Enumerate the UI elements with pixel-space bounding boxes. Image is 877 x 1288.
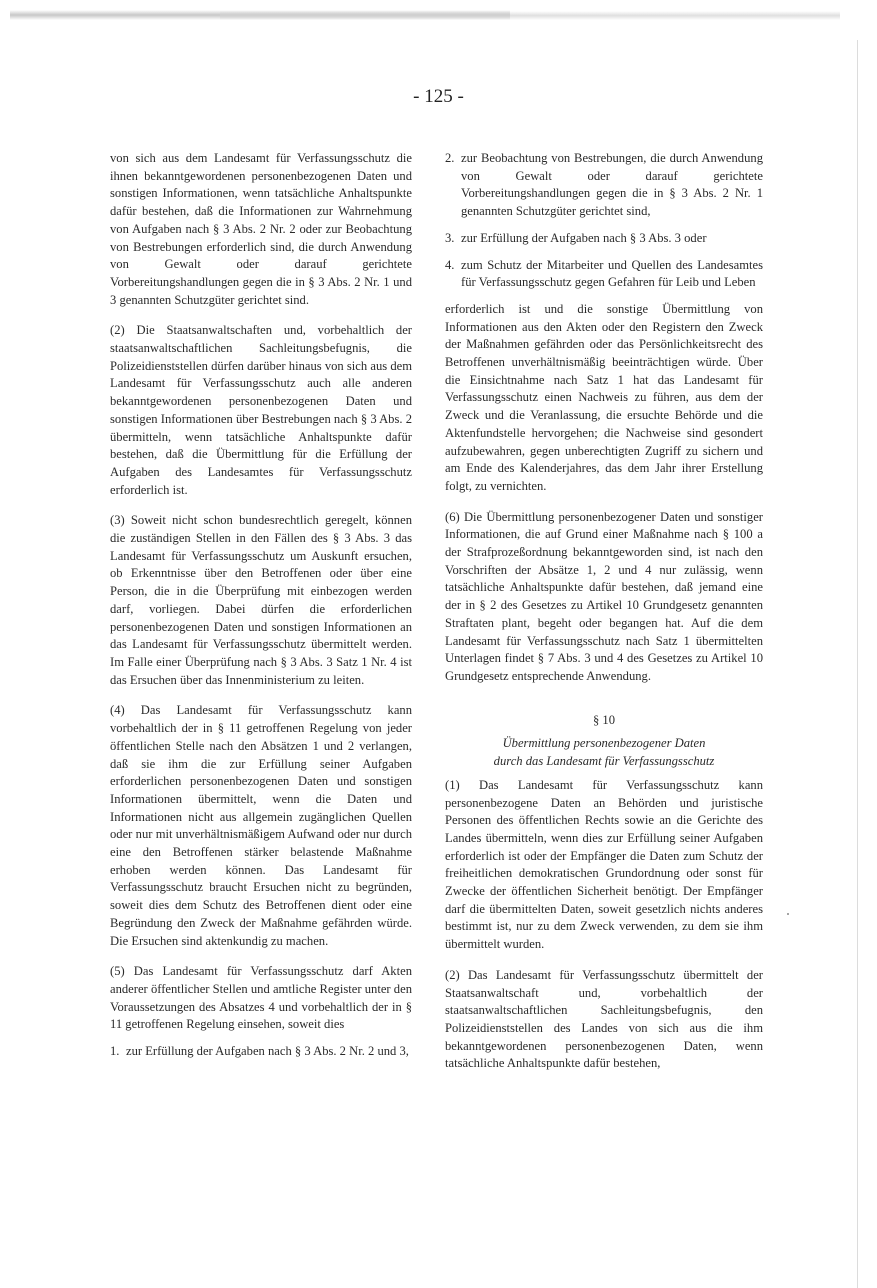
list-item: 1. zur Erfüllung der Aufgaben nach § 3 A…	[110, 1043, 412, 1061]
section-10-paragraph-2: (2) Das Landesamt für Verfassungsschutz …	[445, 967, 763, 1073]
section-number: § 10	[445, 712, 763, 730]
page-number: - 125 -	[0, 86, 877, 108]
list-item: 3. zur Erfüllung der Aufgaben nach § 3 A…	[445, 230, 763, 248]
list-item: 4. zum Schutz der Mitarbeiter und Quelle…	[445, 257, 763, 292]
list-item: 2. zur Beobachtung von Bestrebungen, die…	[445, 150, 763, 221]
list-number: 3.	[445, 230, 461, 248]
left-column: von sich aus dem Landesamt für Verfassun…	[110, 150, 412, 1070]
list-number: 2.	[445, 150, 461, 221]
margin-mark	[787, 913, 789, 915]
list-text: zur Erfüllung der Aufgaben nach § 3 Abs.…	[461, 230, 763, 248]
list-number: 1.	[110, 1043, 126, 1061]
paragraph-3: (3) Soweit nicht schon bundesrechtlich g…	[110, 512, 412, 689]
page-edge-line	[857, 40, 858, 1288]
section-10-paragraph-1: (1) Das Landesamt für Verfassungsschutz …	[445, 777, 763, 954]
paragraph-continuation: von sich aus dem Landesamt für Verfassun…	[110, 150, 412, 309]
section-title: Übermittlung personenbezogener Daten dur…	[445, 735, 763, 770]
paragraph-6: (6) Die Übermittlung personenbezogener D…	[445, 509, 763, 686]
list-text: zum Schutz der Mitarbeiter und Quellen d…	[461, 257, 763, 292]
paragraph-5-continuation: erforderlich ist und die sonstige Übermi…	[445, 301, 763, 496]
paragraph-2: (2) Die Staatsanwaltschaften und, vorbeh…	[110, 322, 412, 499]
list-text: zur Beobachtung von Bestrebungen, die du…	[461, 150, 763, 221]
right-column: 2. zur Beobachtung von Bestrebungen, die…	[445, 150, 763, 1086]
list-number: 4.	[445, 257, 461, 292]
list-text: zur Erfüllung der Aufgaben nach § 3 Abs.…	[126, 1043, 412, 1061]
scan-artifact-band	[220, 11, 840, 20]
paragraph-5: (5) Das Landesamt für Verfassungsschutz …	[110, 963, 412, 1034]
section-title-line-2: durch das Landesamt für Verfassungsschut…	[445, 753, 763, 771]
paragraph-4: (4) Das Landesamt für Verfassungsschutz …	[110, 702, 412, 950]
section-title-line-1: Übermittlung personenbezogener Daten	[445, 735, 763, 753]
